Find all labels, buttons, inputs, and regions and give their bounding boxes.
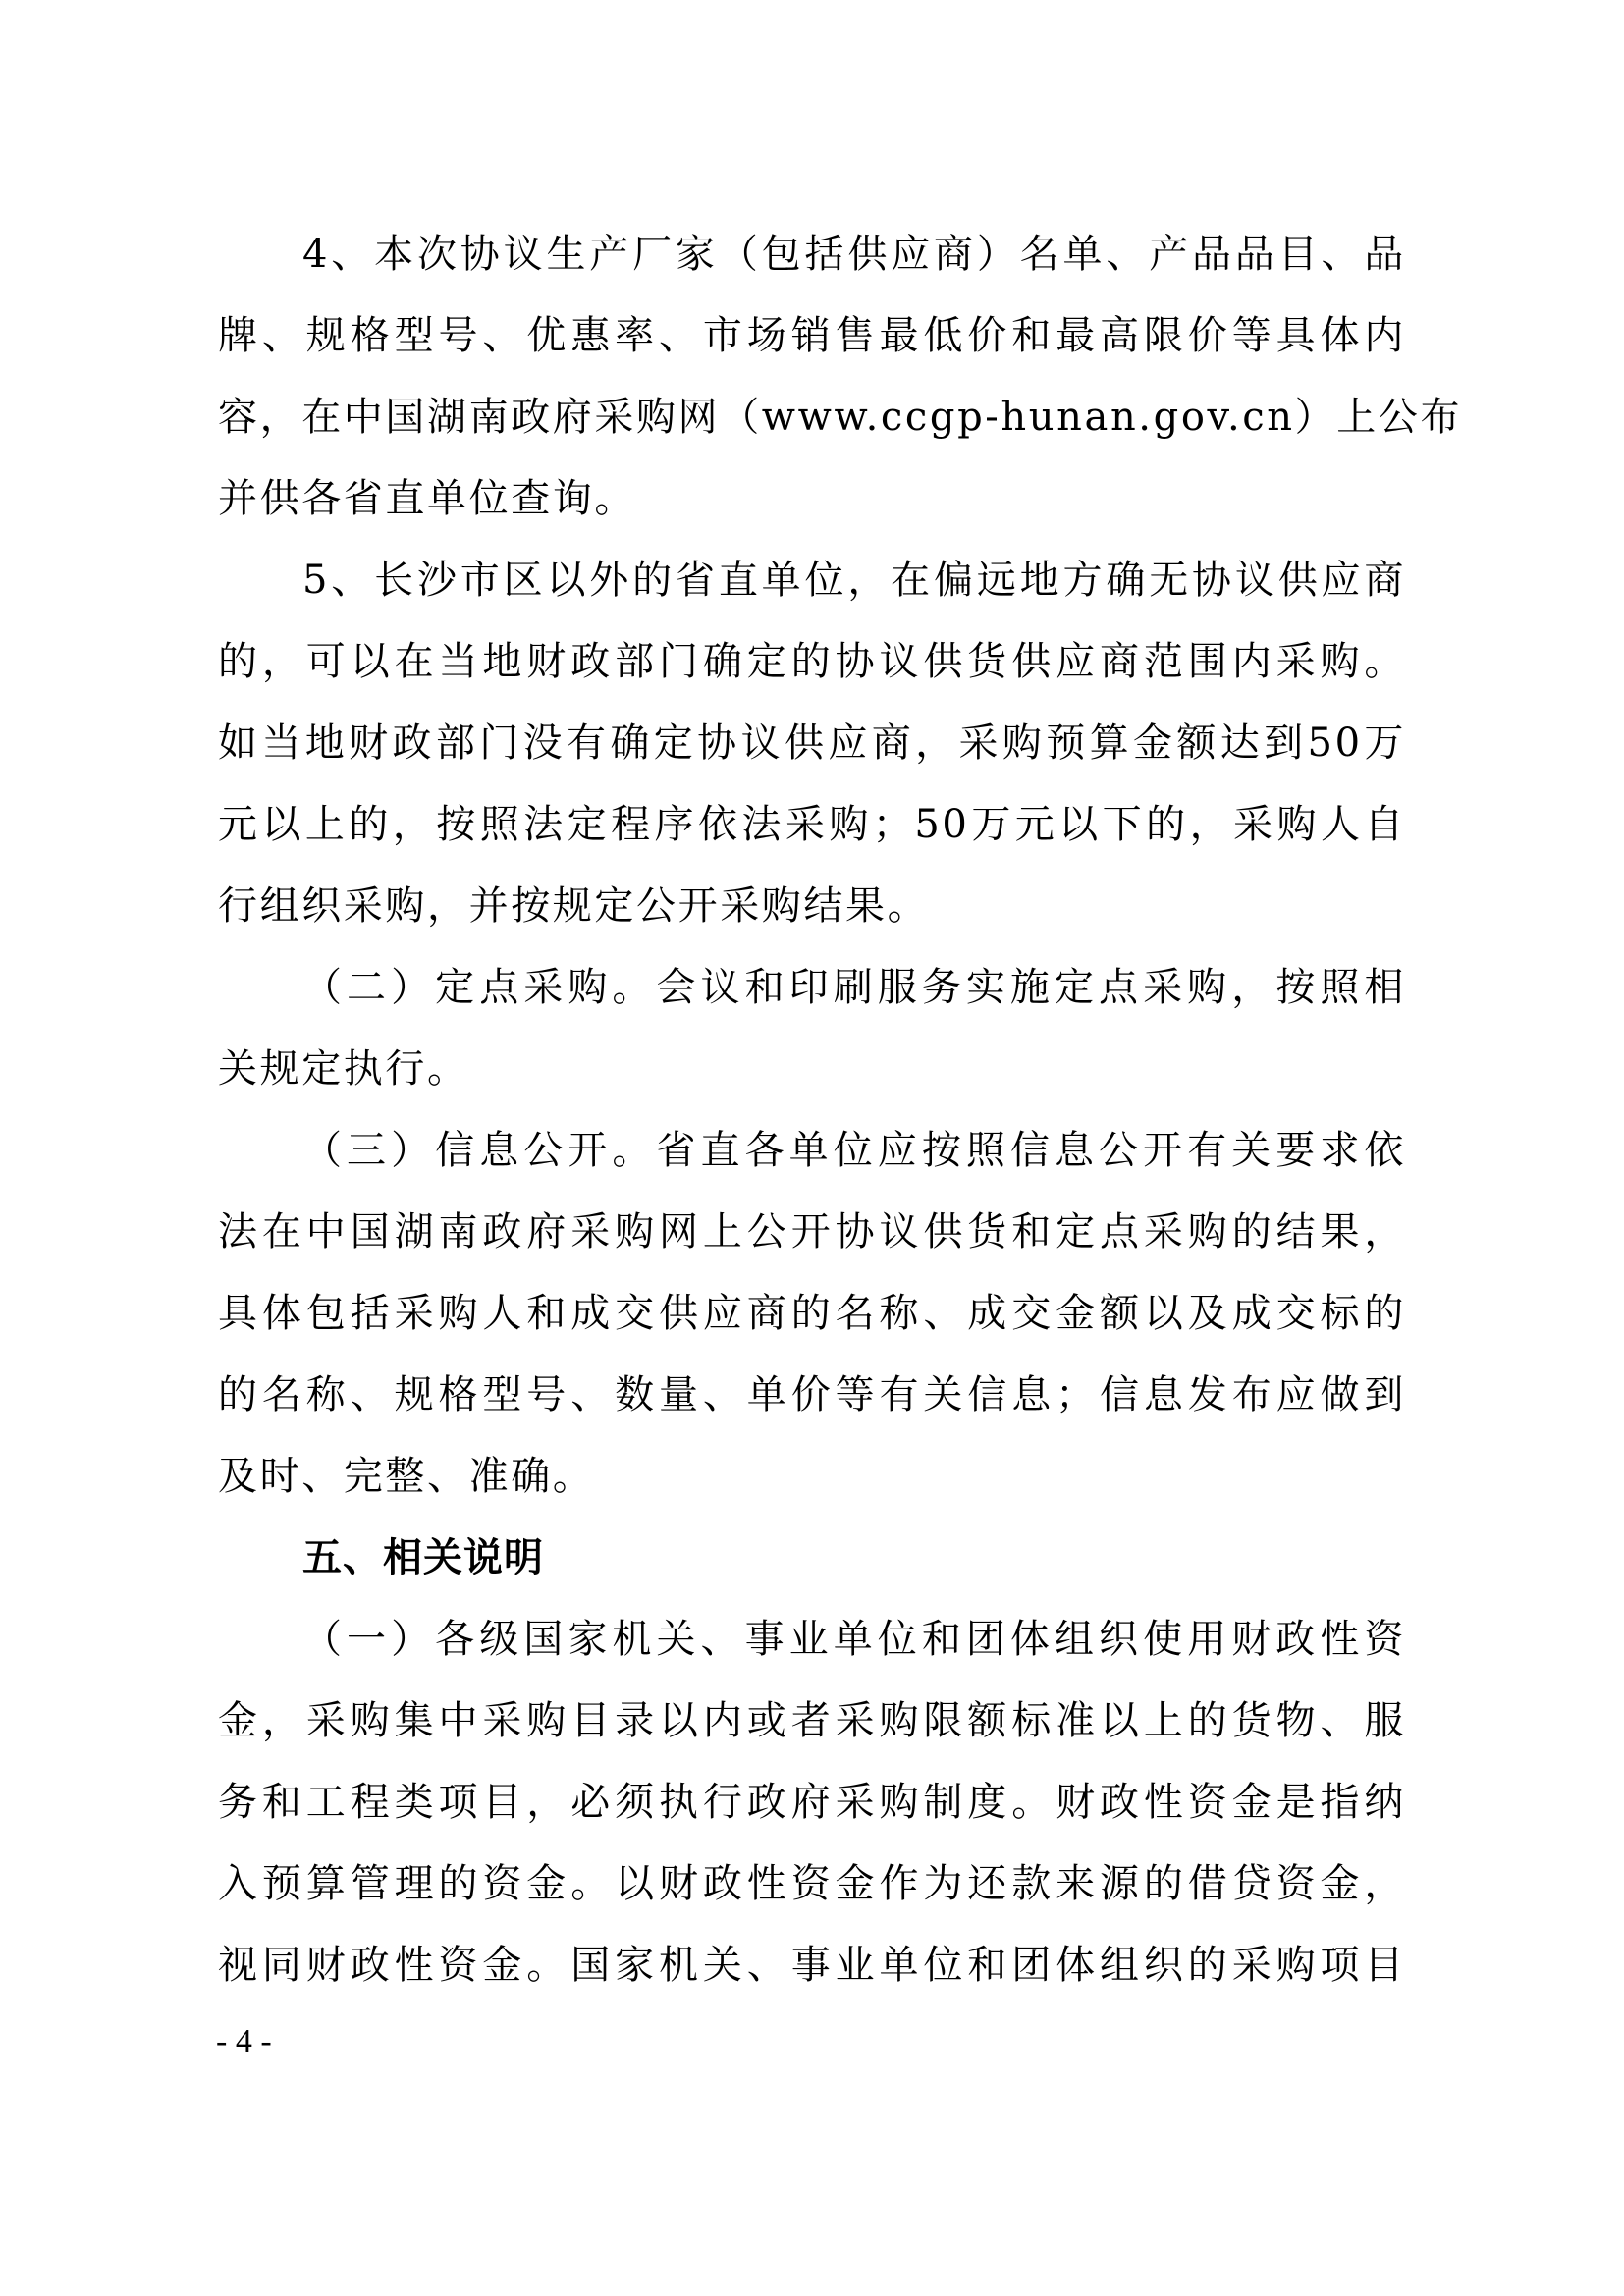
text-line: 容，在中国湖南政府采购网（www.ccgp-hunan.gov.cn）上公布: [218, 387, 1406, 468]
text-line: （三）信息公开。省直各单位应按照信息公开有关要求依: [218, 1120, 1406, 1201]
document-body: 4、本次协议生产厂家（包括供应商）名单、产品品目、品 牌、规格型号、优惠率、市场…: [218, 224, 1406, 2016]
text-line: 及时、完整、准确。: [218, 1446, 1406, 1527]
text-line: 的，可以在当地财政部门确定的协议供货供应商范围内采购。: [218, 631, 1406, 713]
paragraph-fiscal-funds: （一）各级国家机关、事业单位和团体组织使用财政性资 金，采购集中采购目录以内或者…: [218, 1609, 1406, 2016]
text-line: 并供各省直单位查询。: [218, 468, 1406, 550]
paragraph-item-4: 4、本次协议生产厂家（包括供应商）名单、产品品目、品 牌、规格型号、优惠率、市场…: [218, 224, 1406, 550]
text-line: 具体包括采购人和成交供应商的名称、成交金额以及成交标的: [218, 1283, 1406, 1364]
document-page: 4、本次协议生产厂家（包括供应商）名单、产品品目、品 牌、规格型号、优惠率、市场…: [0, 0, 1624, 2296]
text-line: 入预算管理的资金。以财政性资金作为还款来源的借贷资金，: [218, 1853, 1406, 1935]
text-line: 元以上的，按照法定程序依法采购；50万元以下的，采购人自: [218, 794, 1406, 876]
text-line: 4、本次协议生产厂家（包括供应商）名单、产品品目、品: [218, 224, 1406, 305]
text-line: 关规定执行。: [218, 1039, 1406, 1120]
page-number: - 4 -: [216, 2022, 272, 2061]
text-line: 务和工程类项目，必须执行政府采购制度。财政性资金是指纳: [218, 1772, 1406, 1853]
text-line: （一）各级国家机关、事业单位和团体组织使用财政性资: [218, 1609, 1406, 1690]
text-line: 如当地财政部门没有确定协议供应商，采购预算金额达到50万: [218, 713, 1406, 794]
paragraph-information-disclosure: （三）信息公开。省直各单位应按照信息公开有关要求依 法在中国湖南政府采购网上公开…: [218, 1120, 1406, 1527]
paragraph-designated-procurement: （二）定点采购。会议和印刷服务实施定点采购，按照相 关规定执行。: [218, 957, 1406, 1120]
text-line: 5、长沙市区以外的省直单位，在偏远地方确无协议供应商: [218, 550, 1406, 631]
text-line: 视同财政性资金。国家机关、事业单位和团体组织的采购项目: [218, 1935, 1406, 2016]
section-heading: 五、相关说明: [218, 1527, 1406, 1609]
text-line: 牌、规格型号、优惠率、市场销售最低价和最高限价等具体内: [218, 305, 1406, 387]
text-line: （二）定点采购。会议和印刷服务实施定点采购，按照相: [218, 957, 1406, 1039]
text-line: 的名称、规格型号、数量、单价等有关信息；信息发布应做到: [218, 1364, 1406, 1446]
text-line: 法在中国湖南政府采购网上公开协议供货和定点采购的结果，: [218, 1201, 1406, 1283]
text-line: 金，采购集中采购目录以内或者采购限额标准以上的货物、服: [218, 1690, 1406, 1772]
paragraph-item-5: 5、长沙市区以外的省直单位，在偏远地方确无协议供应商 的，可以在当地财政部门确定…: [218, 550, 1406, 957]
text-line: 行组织采购，并按规定公开采购结果。: [218, 876, 1406, 957]
